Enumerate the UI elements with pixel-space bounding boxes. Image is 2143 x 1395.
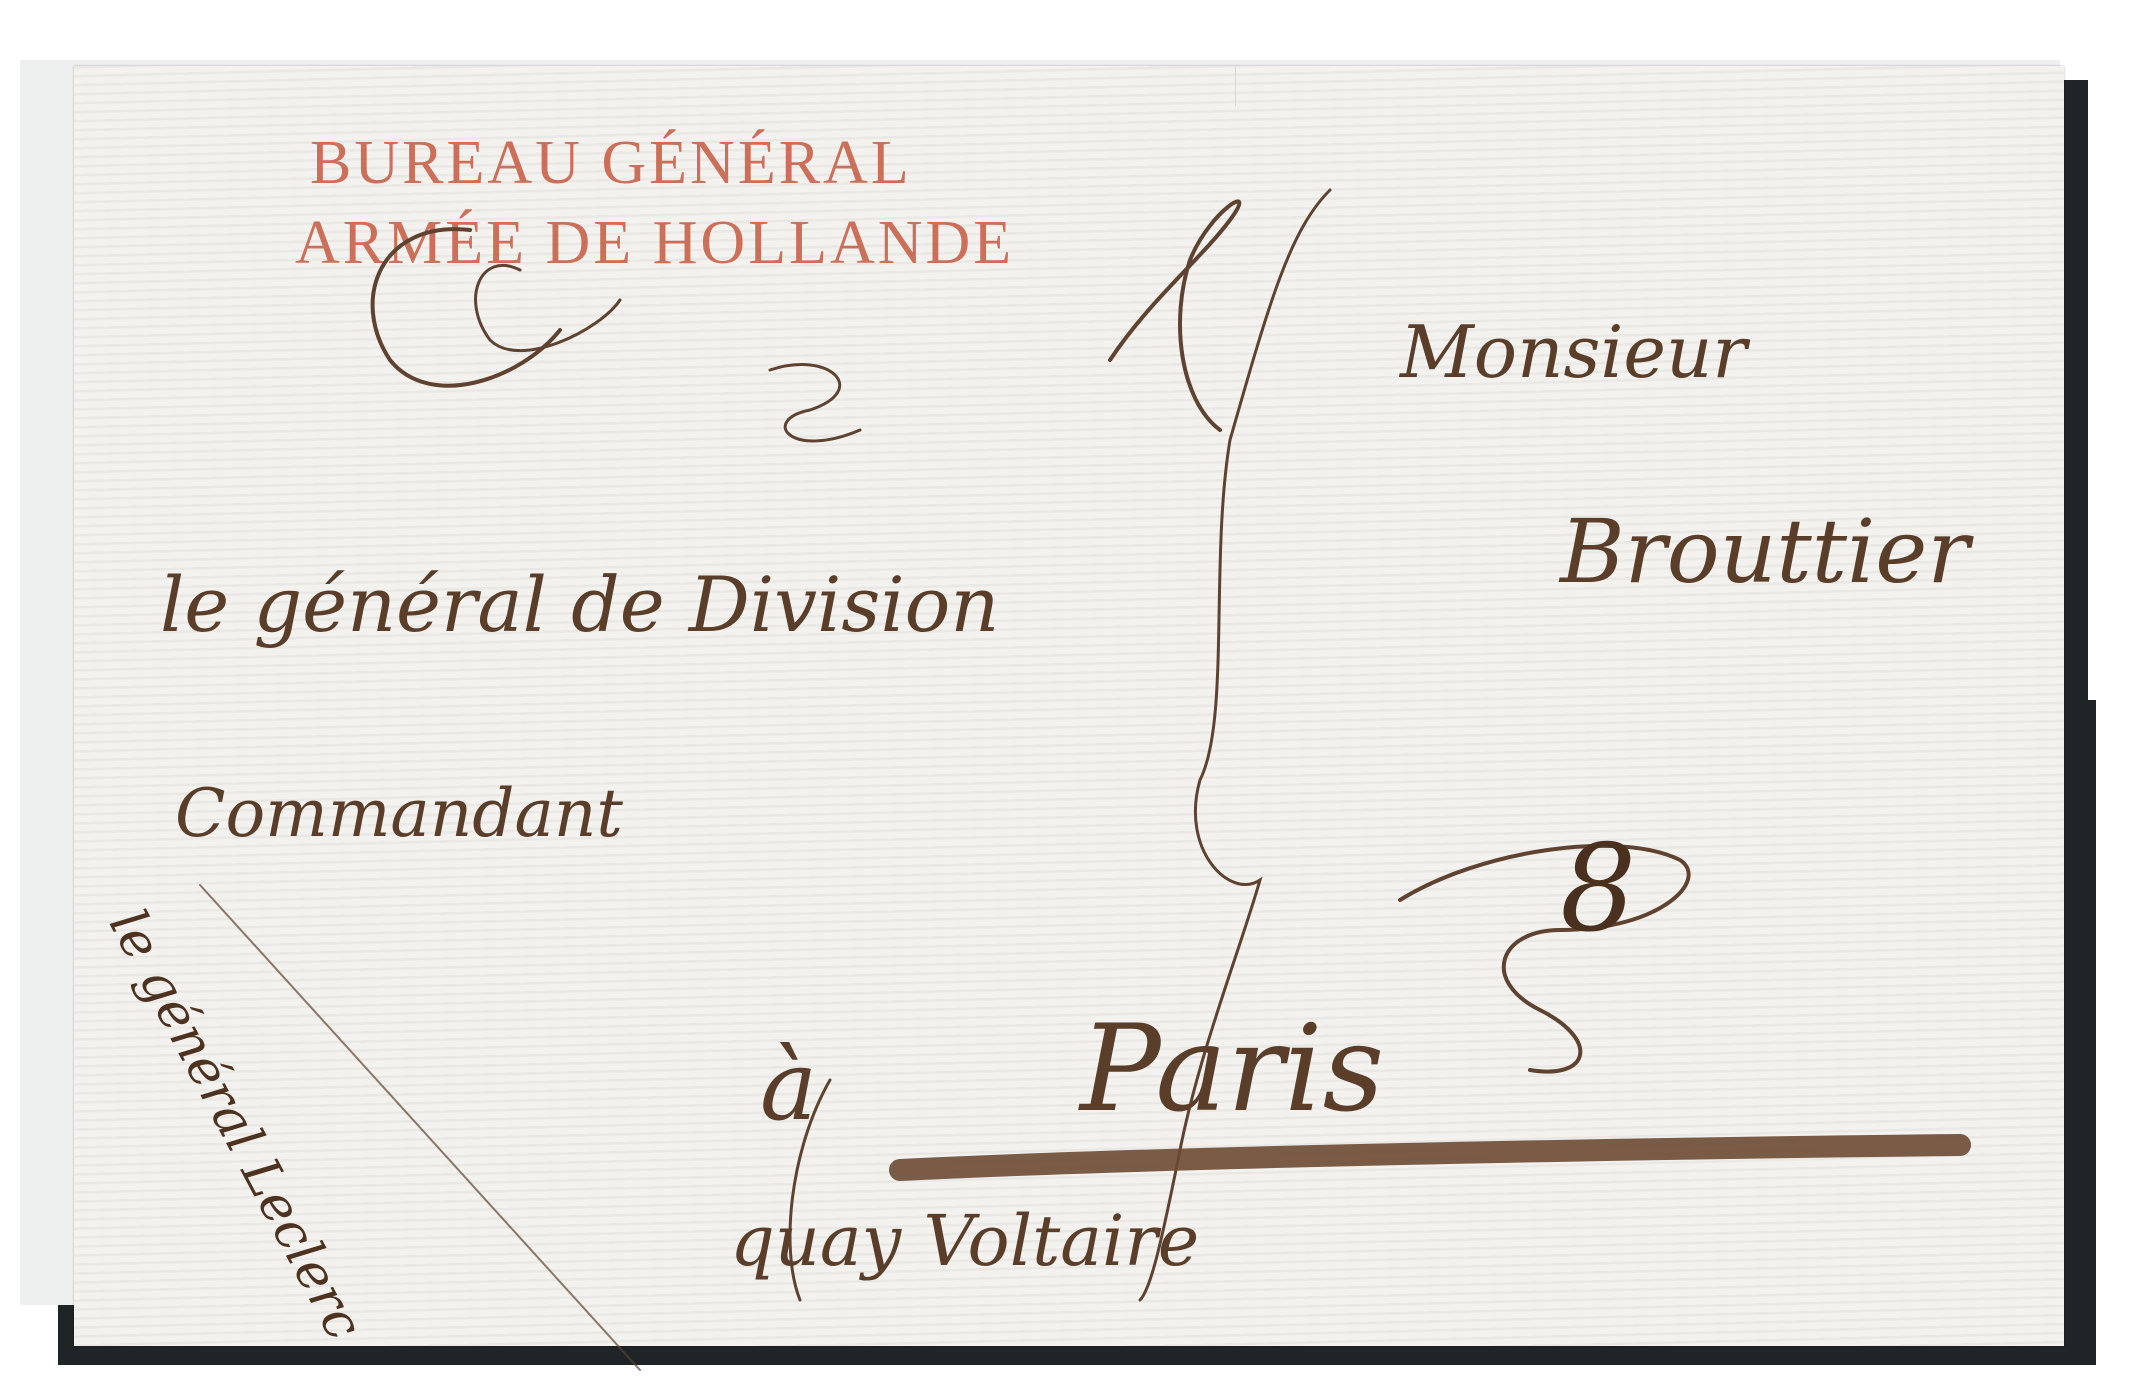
address-title: Monsieur bbox=[1400, 310, 1747, 394]
address-street: quay Voltaire bbox=[730, 1200, 1199, 1282]
postage-rate-mark: 8 bbox=[1560, 820, 1636, 959]
address-city: Paris bbox=[1080, 1000, 1384, 1139]
handwriting-strokes bbox=[0, 0, 2143, 1395]
address-line-rank: le général de Division bbox=[160, 560, 999, 649]
address-line-command: Commandant bbox=[175, 775, 623, 852]
address-city-prefix: à bbox=[760, 1030, 817, 1142]
addressee-name: Brouttier bbox=[1560, 500, 1969, 603]
